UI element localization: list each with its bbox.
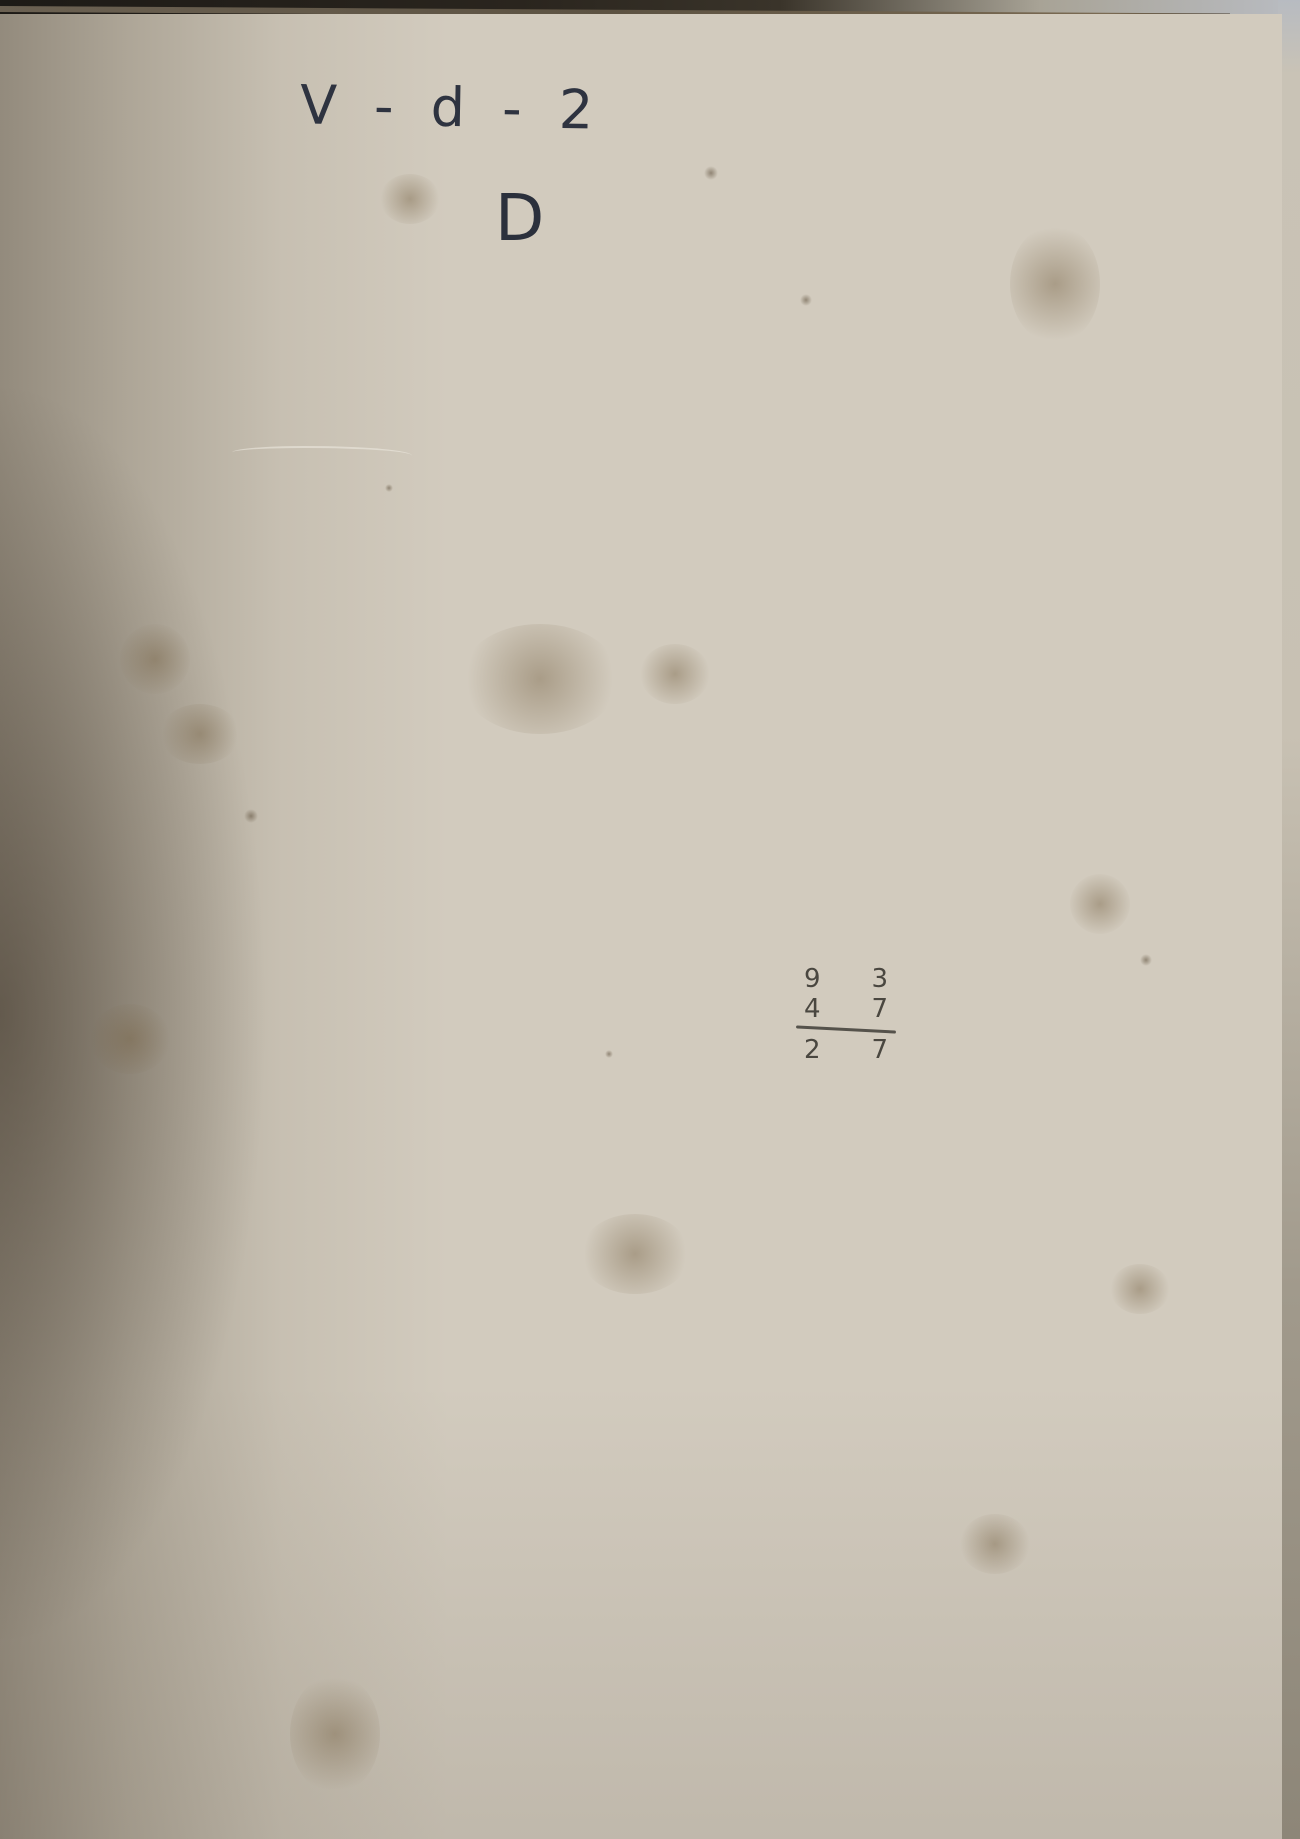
foxing-dot [704,166,718,180]
foxing-spot [580,1214,690,1294]
pencil-row: 9 3 [804,964,888,994]
foxing-spot [460,624,620,734]
paper-scuff [232,446,412,462]
shelfmark-line2: D [495,182,544,256]
pencil-sum-rule [796,1025,896,1033]
foxing-spot [120,624,190,694]
foxing-spot [380,174,440,224]
foxing-spot [1070,874,1130,934]
foxing-spot [290,1674,380,1794]
endpaper: V - d - 2 D 9 3 4 7 2 7 [0,14,1282,1839]
foxing-spot [90,1004,170,1074]
page-photo: V - d - 2 D 9 3 4 7 2 7 [0,0,1300,1839]
pencil-calculation: 9 3 4 7 2 7 [796,964,906,1065]
pencil-digit: 7 [871,994,888,1024]
pencil-digit: 3 [871,964,888,994]
foxing-dot [800,294,812,306]
foxing-dot [1140,954,1152,966]
foxing-spot [960,1514,1030,1574]
pencil-digit: 2 [804,1035,821,1065]
pencil-digit: 4 [804,994,821,1024]
foxing-dot [605,1050,613,1058]
pencil-row: 4 7 [804,994,888,1024]
foxing-spot [1010,224,1100,344]
foxing-dot [385,484,393,492]
pencil-digit: 9 [804,964,821,994]
foxing-dot [244,809,258,823]
foxing-spot [160,704,240,764]
foxing-spot [640,644,710,704]
shelfmark-line1: V - d - 2 [299,73,599,141]
pencil-digit: 7 [871,1035,888,1065]
foxing-spot [1110,1264,1170,1314]
pencil-result-row: 2 7 [804,1035,888,1065]
